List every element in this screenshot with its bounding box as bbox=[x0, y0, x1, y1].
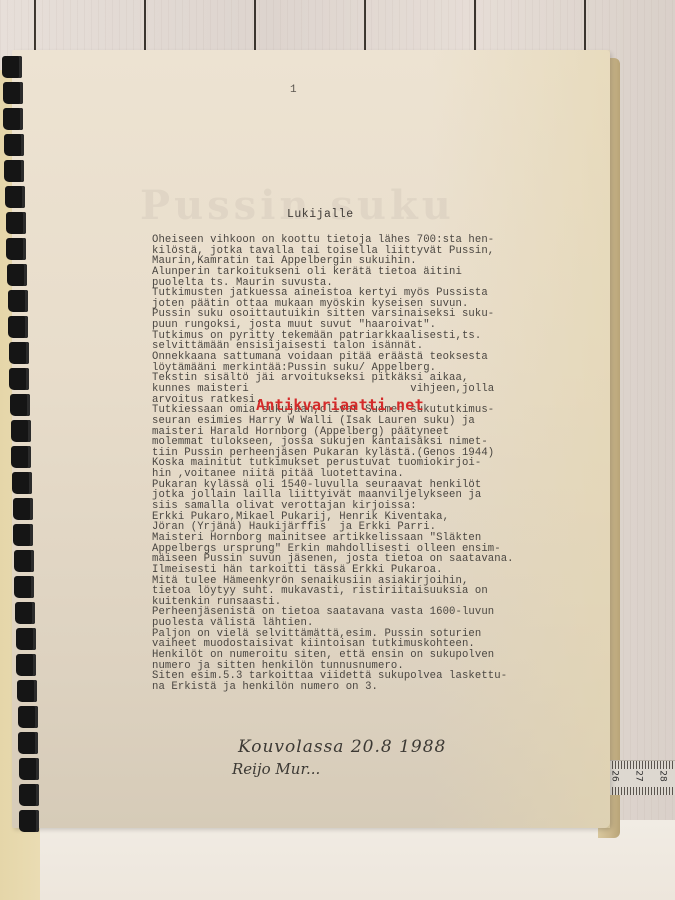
page-number: 1 bbox=[290, 84, 297, 96]
spiral-coil bbox=[15, 602, 35, 624]
ruler-ticks-top bbox=[603, 761, 675, 769]
ruler-ticks-bottom bbox=[603, 787, 675, 795]
spiral-coil bbox=[2, 56, 22, 78]
spiral-coil bbox=[4, 160, 24, 182]
spiral-coil bbox=[3, 108, 23, 130]
spiral-coil bbox=[19, 784, 39, 806]
body-line: Alunperin tarkoitukseni oli kerätä tieto… bbox=[152, 267, 552, 278]
spiral-coil bbox=[19, 810, 39, 832]
spiral-coil bbox=[14, 550, 34, 572]
ruler-label: 26 bbox=[610, 770, 620, 781]
spiral-coil bbox=[9, 342, 29, 364]
spiral-coil bbox=[9, 368, 29, 390]
spiral-coil bbox=[12, 472, 32, 494]
spiral-coil bbox=[18, 706, 38, 728]
body-line: na Erkistä ja henkilön numero on 3. bbox=[152, 682, 552, 693]
spiral-coil bbox=[19, 758, 39, 780]
table-surface bbox=[0, 820, 675, 900]
spiral-coil bbox=[13, 524, 33, 546]
spiral-coil bbox=[5, 186, 25, 208]
body-line: kunnes maisteri vihjeen,jolla bbox=[152, 384, 552, 395]
body-line: Maisteri Hornborg mainitsee artikkelissa… bbox=[152, 533, 552, 544]
spiral-coil bbox=[16, 654, 36, 676]
handwritten-signature: Reijo Mur... bbox=[232, 760, 320, 778]
ruler-label: 27 bbox=[634, 770, 644, 781]
document-heading: Lukijalle bbox=[287, 208, 354, 221]
handwritten-place-date: Kouvolassa 20.8 1988 bbox=[238, 737, 446, 757]
spiral-coil bbox=[6, 212, 26, 234]
spiral-coil bbox=[18, 732, 38, 754]
spiral-coil bbox=[8, 290, 28, 312]
document-body: Oheiseen vihkoon on koottu tietoja lähes… bbox=[152, 235, 552, 693]
spiral-coil bbox=[3, 82, 23, 104]
ruler-label: 28 bbox=[658, 770, 668, 781]
spiral-binding bbox=[0, 0, 60, 900]
spiral-coil bbox=[7, 264, 27, 286]
spiral-coil bbox=[6, 238, 26, 260]
watermark: Antikvariaatti.net bbox=[256, 396, 424, 414]
spiral-coil bbox=[10, 394, 30, 416]
body-line: seuran esimies Harry W Walli (Isak Laure… bbox=[152, 416, 552, 427]
show-through-title: Pussin suku bbox=[140, 182, 455, 229]
spiral-coil bbox=[14, 576, 34, 598]
spiral-coil bbox=[11, 420, 31, 442]
body-line: Ilmeisesti hän tarkoitti tässä Erkki Puk… bbox=[152, 565, 552, 576]
spiral-coil bbox=[4, 134, 24, 156]
ruler: 26 27 28 bbox=[603, 760, 675, 795]
spiral-coil bbox=[16, 628, 36, 650]
spiral-coil bbox=[8, 316, 28, 338]
spiral-coil bbox=[17, 680, 37, 702]
spiral-coil bbox=[11, 446, 31, 468]
spiral-coil bbox=[13, 498, 33, 520]
